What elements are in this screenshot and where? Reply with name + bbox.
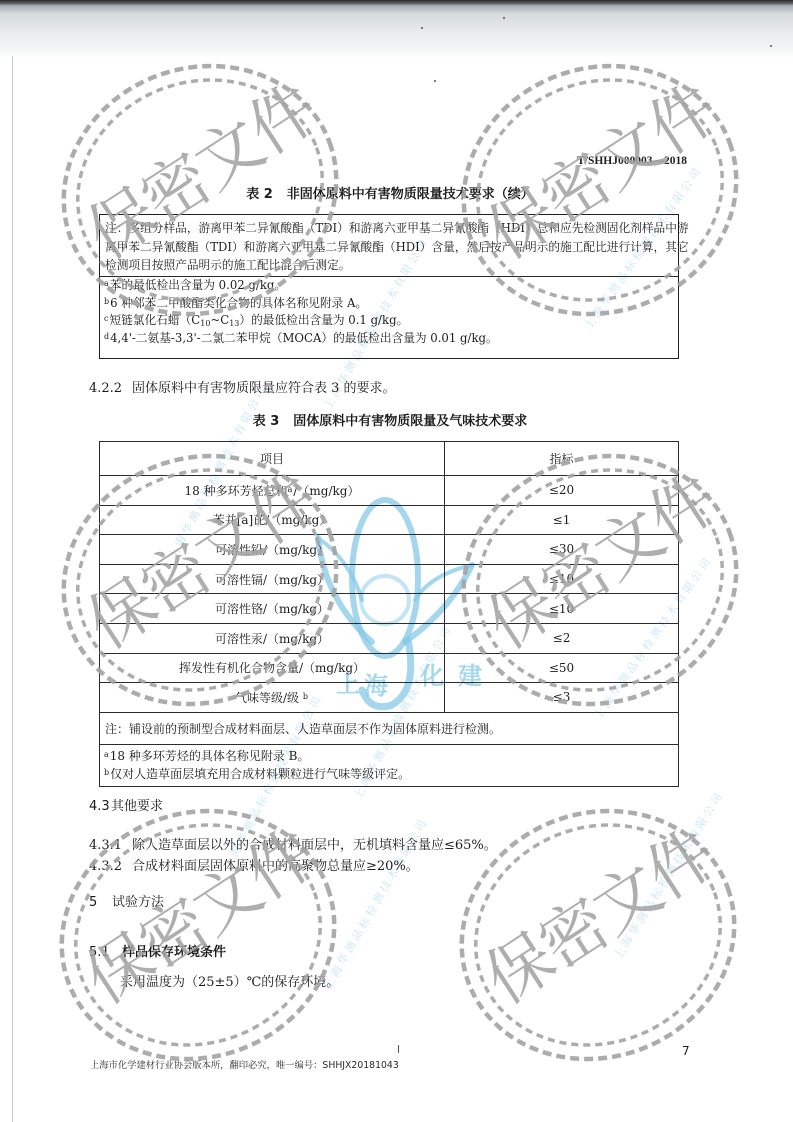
table-3-note: 注：铺设前的预制型合成材料面层、人造草面层不作为固体原料进行检测。 — [100, 712, 679, 744]
section-4-3-heading: 4.3其他要求 — [89, 798, 163, 816]
table-3-title-text: 固体原料中有害物质限量及气味技术要求 — [293, 414, 527, 429]
item-name: 挥发性有机化合物含量/（mg/kg） — [179, 661, 365, 675]
scan-mark — [398, 1045, 399, 1053]
table-2-footnote: c短链氯化石蜡（C10~C13）的最低检出含量为 0.1 g/kg。 — [104, 312, 678, 330]
footnote-text: ）的最低检出含量为 0.1 g/kg。 — [239, 313, 408, 327]
footnote-mark: c — [104, 314, 108, 323]
column-header-item: 项目 — [100, 442, 445, 476]
table-2-footnote: b6 种邻苯二甲酸酯类化合物的具体名称见附录 A。 — [104, 295, 678, 313]
clause-text: 除人造草面层以外的合成材料面层中，无机填料含量应≤65%。 — [132, 838, 497, 853]
item-cell: 可溶性铬/（mg/kg） — [100, 594, 445, 624]
footnote-text: 6 种邻苯二甲酸酯类化合物的具体名称见附录 A。 — [110, 296, 367, 310]
section-number: 5 — [89, 894, 112, 912]
copyright-footer: 上海市化学建材行业协会版本所，翻印必究，唯一编号：SHHJX20181043 — [90, 1059, 399, 1073]
table-header-row: 项目 指标 — [100, 442, 679, 476]
footnote-mark: b — [104, 297, 109, 306]
clause-number: 4.2.2 — [89, 380, 132, 398]
scan-speck — [421, 27, 423, 29]
footnote-text: ~C — [210, 313, 229, 327]
section-title: 样品保存环境条件 — [122, 945, 226, 960]
section-number: 4.3 — [89, 798, 111, 816]
stamp-text: 保密文件 — [472, 815, 729, 1019]
table-row: 气味等级/级 b ≤3 — [100, 683, 679, 713]
clause-4-3-1: 4.3.1除人造草面层以外的合成材料面层中，无机填料含量应≤65%。 — [89, 837, 497, 855]
section-number: 5.1 — [89, 944, 122, 962]
item-name: 18 种多环芳烃总和 — [185, 484, 288, 498]
footnote-text: 仅对人造草面层填充用合成材料颗粒进行气味等级评定。 — [110, 767, 410, 781]
clause-number: 4.3.1 — [89, 837, 132, 855]
table-row: 可溶性铬/（mg/kg） ≤10 — [100, 594, 679, 624]
footnote-mark: a — [104, 279, 109, 288]
limit-cell: ≤50 — [445, 653, 679, 683]
item-name: 苯并[a]芘/（mg/kg） — [213, 513, 332, 527]
company-watermark-text: 上海华测品标检测技术有限公司 — [611, 788, 727, 962]
item-cell: 可溶性铅/（mg/kg） — [100, 535, 445, 565]
table-3-note-row: 注：铺设前的预制型合成材料面层、人造草面层不作为固体原料进行检测。 — [100, 712, 679, 744]
footnote-mark: d — [104, 332, 109, 341]
limit-cell: ≤3 — [445, 683, 679, 713]
table-3-footnote: b仅对人造草面层填充用合成材料颗粒进行气味等级评定。 — [104, 765, 678, 783]
clause-text: 合成材料面层固体原料中的高聚物总量应≥20%。 — [132, 859, 419, 874]
limit-cell: ≤10 — [445, 594, 679, 624]
standard-code: T/SHHJ000003—2018 — [577, 152, 687, 170]
item-cell: 18 种多环芳烃总和a/（mg/kg） — [100, 476, 445, 506]
table-2-note-line: 离甲苯二异氰酸酯（TDI）和游离六亚甲基二异氰酸酯（HDI）含量，然后按产品明示… — [105, 238, 678, 257]
scan-speck — [770, 45, 772, 47]
subscript: 13 — [229, 319, 239, 328]
footnote-text: 18 种多环芳烃的具体名称见附录 B。 — [110, 749, 310, 763]
table-row: 18 种多环芳烃总和a/（mg/kg） ≤20 — [100, 476, 679, 506]
item-unit: /（mg/kg） — [293, 484, 359, 498]
item-cell: 可溶性镉/（mg/kg） — [100, 564, 445, 594]
table-3-footnote: a18 种多环芳烃的具体名称见附录 B。 — [104, 747, 678, 765]
table-2-title: 表 2非固体原料中有害物质限量技术要求（续） — [0, 186, 780, 204]
page-edge-line — [12, 56, 13, 1122]
table-3-footnotes: a18 种多环芳烃的具体名称见附录 B。 b仅对人造草面层填充用合成材料颗粒进行… — [100, 744, 679, 786]
item-name: 可溶性铅/（mg/kg） — [215, 543, 329, 557]
item-cell: 苯并[a]芘/（mg/kg） — [100, 505, 445, 535]
clause-4-2-2: 4.2.2固体原料中有害物质限量应符合表 3 的要求。 — [89, 380, 396, 398]
item-name: 可溶性铬/（mg/kg） — [215, 602, 329, 616]
table-2-footnotes: a苯的最低检出含量为 0.02 g/kg。 b6 种邻苯二甲酸酯类化合物的具体名… — [100, 277, 678, 348]
limit-cell: ≤30 — [445, 535, 679, 565]
column-header-limit: 指标 — [445, 442, 679, 476]
table-row: 可溶性镉/（mg/kg） ≤10 — [100, 564, 679, 594]
footnote-mark: a — [288, 485, 293, 494]
section-title: 试验方法 — [112, 895, 164, 910]
section-5-1-heading: 5.1样品保存环境条件 — [89, 944, 226, 962]
table-3: 项目 指标 18 种多环芳烃总和a/（mg/kg） ≤20 苯并[a]芘/（mg… — [99, 441, 679, 787]
scanner-shadow-band — [0, 0, 793, 58]
footnote-text: 苯的最低检出含量为 0.02 g/kg。 — [110, 278, 286, 292]
stamp-dashed-ring — [27, 773, 370, 1097]
page-number: 7 — [682, 1043, 690, 1059]
table-row: 可溶性铅/（mg/kg） ≤30 — [100, 535, 679, 565]
table-2-label: 表 2 — [246, 187, 273, 202]
table-2-note-line: 检测项目按照产品明示的施工配比混合后测定。 — [105, 256, 678, 275]
footnote-mark: b — [104, 768, 109, 777]
footnote-mark: a — [104, 750, 109, 759]
confidential-stamp: 保密文件 — [27, 773, 370, 1097]
limit-cell: ≤20 — [445, 476, 679, 506]
scan-speck — [434, 80, 436, 82]
subscript: 10 — [200, 319, 210, 328]
table-2-note: 注：多组分样品，游离甲苯二异氰酸酯（TDI）和游离六亚甲基二异氰酸酯（HDI）总… — [100, 215, 678, 277]
table-3-label: 表 3 — [253, 414, 280, 429]
table-row: 可溶性汞/（mg/kg） ≤2 — [100, 623, 679, 653]
footnote-text: 4,4'-二氨基-3,3'-二氯二苯甲烷（MOCA）的最低检出含量为 0.01 … — [110, 331, 498, 345]
footnote-text: 短链氯化石蜡（C — [109, 313, 200, 327]
table-2-footnote: a苯的最低检出含量为 0.02 g/kg。 — [104, 277, 678, 295]
item-cell: 可溶性汞/（mg/kg） — [100, 623, 445, 653]
table-2-title-text: 非固体原料中有害物质限量技术要求（续） — [287, 187, 534, 202]
item-cell: 气味等级/级 b — [100, 683, 445, 713]
table-row: 挥发性有机化合物含量/（mg/kg） ≤50 — [100, 653, 679, 683]
confidential-stamp: 保密文件 — [427, 773, 770, 1097]
item-name: 可溶性镉/（mg/kg） — [215, 573, 329, 587]
table-row: 苯并[a]芘/（mg/kg） ≤1 — [100, 505, 679, 535]
section-5-1-text: 采用温度为（25±5）℃的保存环境。 — [120, 974, 339, 992]
item-name: 气味等级/级 — [235, 691, 299, 705]
clause-4-3-2: 4.3.2合成材料面层固体原料中的高聚物总量应≥20%。 — [89, 858, 419, 876]
item-cell: 挥发性有机化合物含量/（mg/kg） — [100, 653, 445, 683]
limit-cell: ≤10 — [445, 564, 679, 594]
table-2-footnote: d4,4'-二氨基-3,3'-二氯二苯甲烷（MOCA）的最低检出含量为 0.01… — [104, 330, 678, 348]
table-2-note-line: 注：多组分样品，游离甲苯二异氰酸酯（TDI）和游离六亚甲基二异氰酸酯（HDI）总… — [105, 219, 678, 238]
limit-cell: ≤1 — [445, 505, 679, 535]
limit-cell: ≤2 — [445, 623, 679, 653]
table-3-footnotes-row: a18 种多环芳烃的具体名称见附录 B。 b仅对人造草面层填充用合成材料颗粒进行… — [100, 744, 679, 786]
section-5-heading: 5试验方法 — [89, 894, 164, 912]
table-2-continued: 注：多组分样品，游离甲苯二异氰酸酯（TDI）和游离六亚甲基二异氰酸酯（HDI）总… — [99, 214, 679, 359]
clause-number: 4.3.2 — [89, 858, 132, 876]
stamp-dashed-ring — [45, 791, 352, 1079]
scan-speck — [503, 17, 505, 19]
section-title: 其他要求 — [111, 799, 163, 814]
footnote-mark: b — [303, 692, 308, 701]
stamp-dashed-ring — [445, 791, 752, 1079]
item-name: 可溶性汞/（mg/kg） — [215, 632, 329, 646]
table-3-title: 表 3固体原料中有害物质限量及气味技术要求 — [0, 413, 780, 431]
clause-text: 固体原料中有害物质限量应符合表 3 的要求。 — [132, 381, 396, 396]
stamp-dashed-ring — [427, 773, 770, 1097]
